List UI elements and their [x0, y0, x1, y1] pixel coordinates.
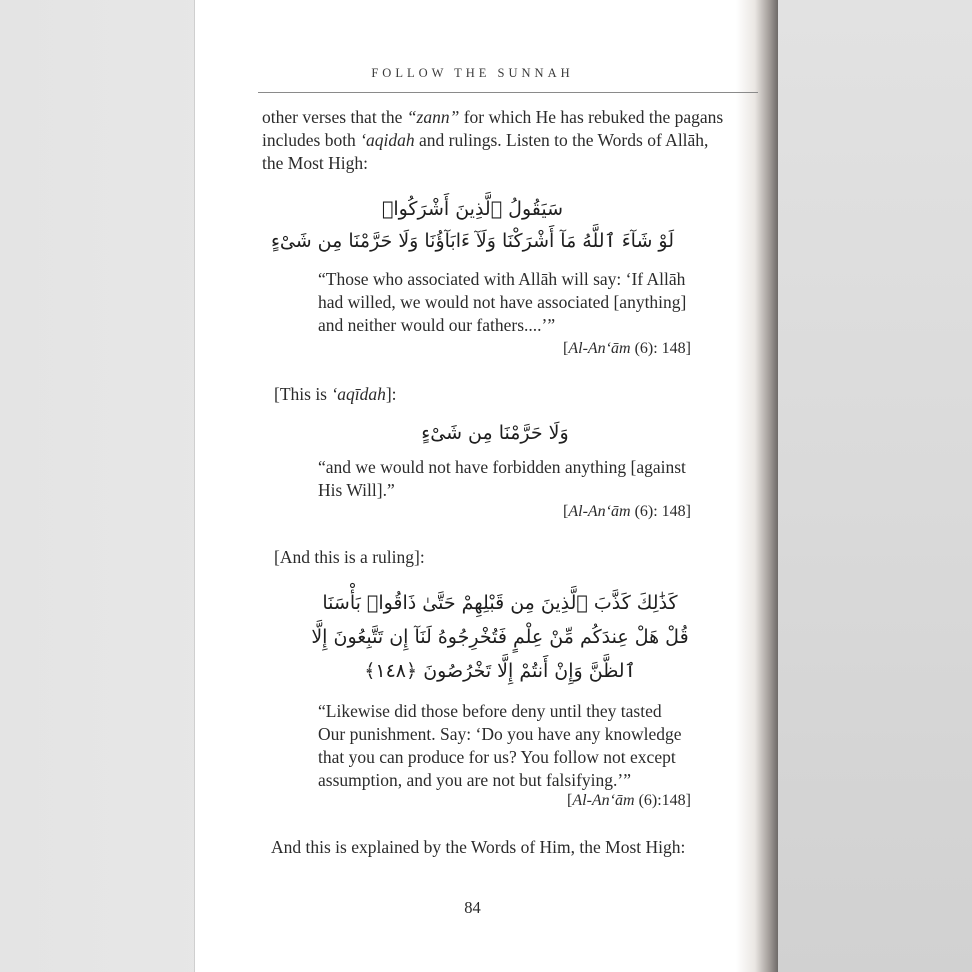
verse-1-reference: [Al-An‘ām (6): 148] — [563, 340, 691, 358]
page-number: 84 — [195, 898, 778, 918]
header-rule — [258, 92, 758, 93]
intro-line-1: other verses that the “zann” for which H… — [262, 106, 723, 129]
verse-1-translation-line-2: had willed, we would not have associated… — [318, 291, 686, 314]
verse-2-reference: [Al-An‘ām (6): 148] — [563, 503, 691, 521]
verse-2-arabic: وَلَا حَرَّمْنَا مِن شَىْءٍ — [195, 418, 778, 448]
running-head-text: FOLLOW THE SUNNAH — [371, 66, 601, 80]
verse-2-translation-line-1: “and we would not have forbidden anythin… — [318, 456, 686, 479]
aqidah-label: [This is ‘aqīdah]: — [274, 383, 397, 406]
intro-line-2: includes both ‘aqidah and rulings. Liste… — [262, 129, 708, 152]
book-page: FOLLOW THE SUNNAH other verses that the … — [195, 0, 778, 972]
verse-3-translation-line-2: Our punishment. Say: ‘Do you have any kn… — [318, 723, 682, 746]
verse-3-reference: [Al-An‘ām (6):148] — [567, 792, 691, 810]
italic-term-zann: “zann” — [407, 107, 460, 127]
verse-1-translation-line-3: and neither would our fathers....’” — [318, 314, 555, 337]
ruling-label: [And this is a ruling]: — [274, 546, 425, 569]
verse-3-translation-line-4: assumption, and you are not but falsifyi… — [318, 769, 631, 792]
closing-paragraph: And this is explained by the Words of Hi… — [271, 836, 685, 859]
verse-3-arabic-line-2: قُلْ هَلْ عِندَكُم مِّنْ عِلْمٍ فَتُخْرِ… — [195, 622, 778, 652]
verse-1-arabic-line-1: سَيَقُولُ ٱلَّذِينَ أَشْرَكُوا۟ — [195, 194, 750, 224]
verse-1-arabic-line-2: لَوْ شَآءَ ٱللَّهُ مَآ أَشْرَكْنَا وَلَآ… — [195, 226, 750, 256]
intro-line-3: the Most High: — [262, 152, 368, 175]
verse-3-translation-line-1: “Likewise did those before deny until th… — [318, 700, 662, 723]
verse-3-arabic-line-1: كَذَٰلِكَ كَذَّبَ ٱلَّذِينَ مِن قَبْلِهِ… — [195, 588, 778, 618]
italic-term-aqidah: ‘aqidah — [360, 130, 414, 150]
verse-3-translation-line-3: that you can produce for us? You follow … — [318, 746, 676, 769]
verse-2-translation-line-2: His Will].” — [318, 479, 395, 502]
spine-shadow — [736, 0, 778, 972]
running-head: FOLLOW THE SUNNAH — [195, 66, 778, 81]
background-right — [778, 0, 972, 972]
verse-1-translation-line-1: “Those who associated with Allāh will sa… — [318, 268, 685, 291]
verse-3-arabic-line-3: ٱلظَّنَّ وَإِنْ أَنتُمْ إِلَّا تَخْرُصُو… — [195, 656, 778, 686]
